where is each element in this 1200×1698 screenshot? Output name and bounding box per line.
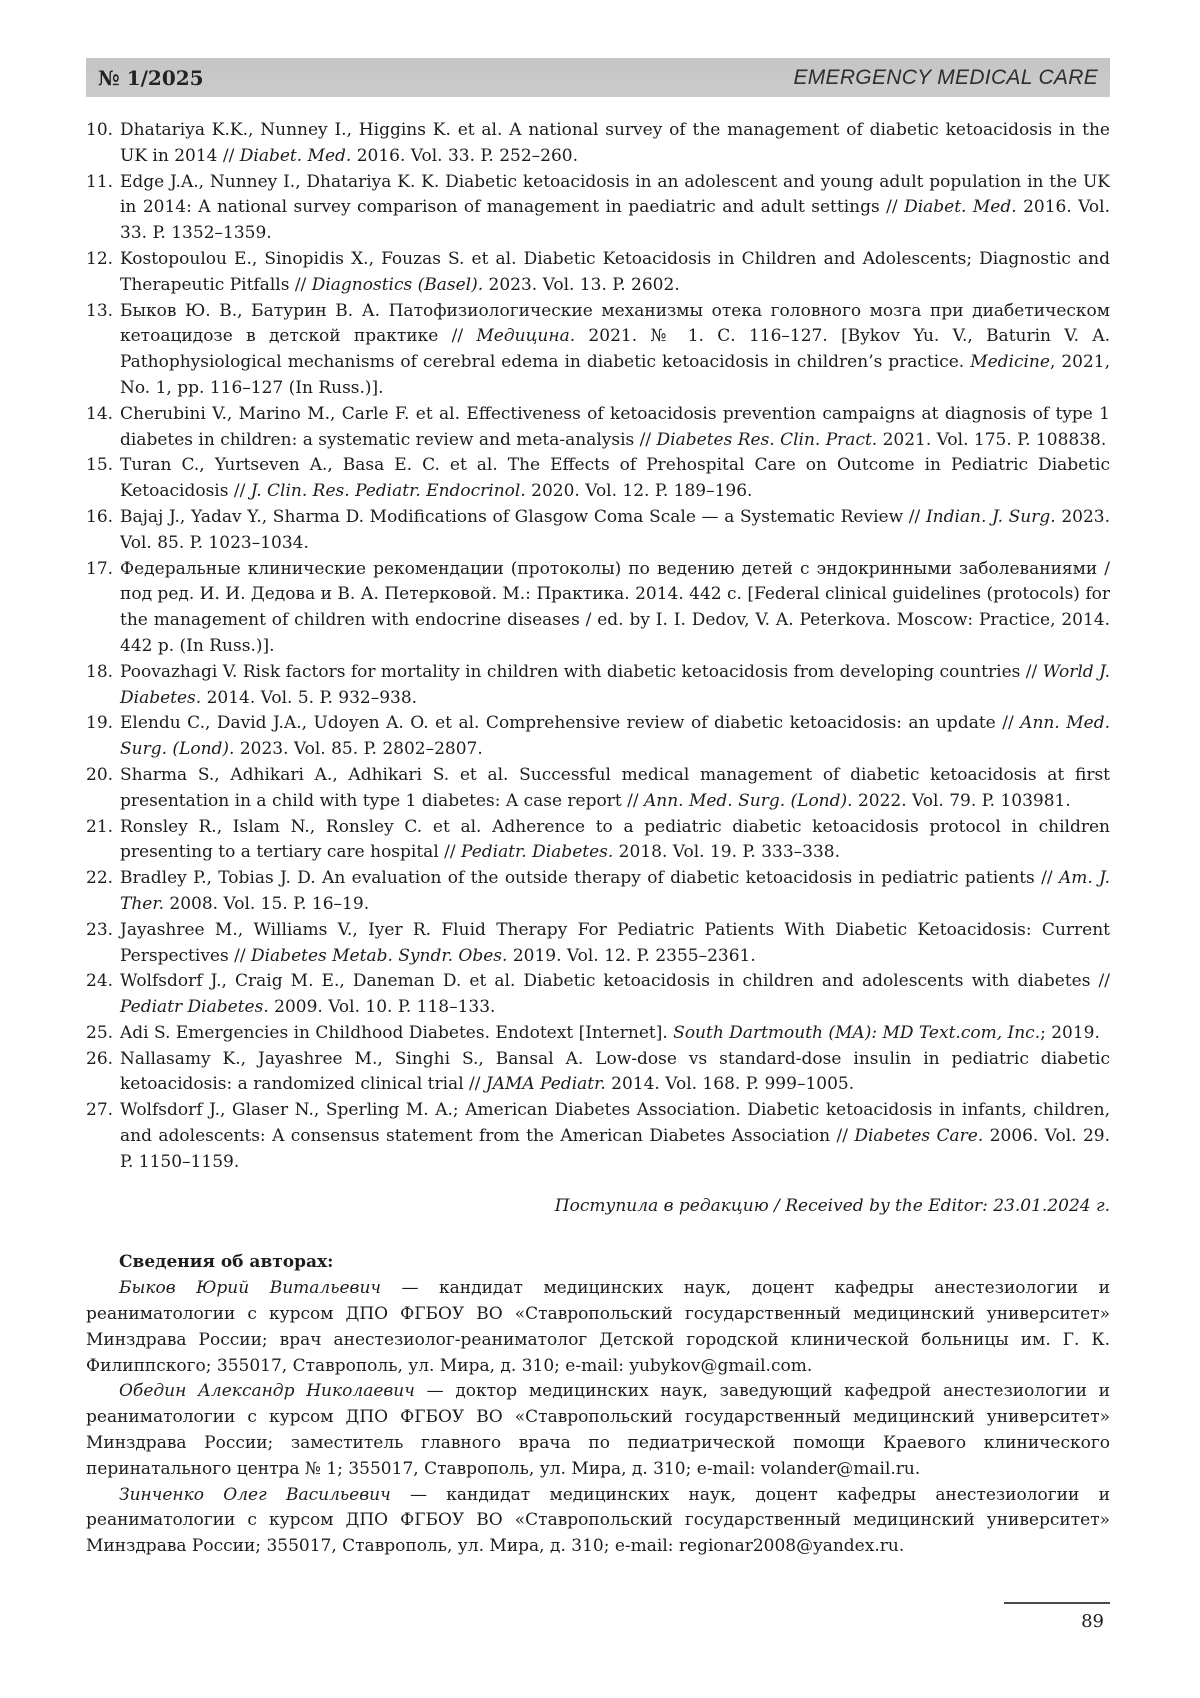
- footer-rule: [1004, 1602, 1110, 1604]
- journal-page: № 1/2025 EMERGENCY MEDICAL CARE 10.Dhata…: [0, 0, 1200, 1698]
- page-header-bar: № 1/2025 EMERGENCY MEDICAL CARE: [86, 58, 1110, 97]
- reference-number: 25.: [86, 1021, 120, 1047]
- author-entry: Обедин Александр Николаевич — доктор мед…: [86, 1379, 1110, 1482]
- reference-number: 23.: [86, 918, 120, 944]
- reference-number: 26.: [86, 1047, 120, 1073]
- reference-item: 27.Wolfsdorf J., Glaser N., Sperling M. …: [86, 1098, 1110, 1175]
- reference-item: 21.Ronsley R., Islam N., Ronsley C. et a…: [86, 815, 1110, 867]
- issue-number: № 1/2025: [98, 66, 204, 90]
- authors-heading: Сведения об авторах:: [86, 1250, 1110, 1276]
- reference-item: 26.Nallasamy K., Jayashree M., Singhi S.…: [86, 1047, 1110, 1099]
- reference-number: 21.: [86, 815, 120, 841]
- journal-title: EMERGENCY MEDICAL CARE: [793, 66, 1098, 90]
- reference-number: 13.: [86, 299, 120, 325]
- reference-item: 19.Elendu C., David J.A., Udoyen A. O. e…: [86, 711, 1110, 763]
- reference-number: 24.: [86, 969, 120, 995]
- reference-item: 15.Turan C., Yurtseven A., Basa E. C. et…: [86, 453, 1110, 505]
- page-number: 89: [1004, 1611, 1110, 1632]
- reference-number: 18.: [86, 660, 120, 686]
- reference-item: 25.Adi S. Emergencies in Childhood Diabe…: [86, 1021, 1110, 1047]
- reference-number: 22.: [86, 866, 120, 892]
- reference-item: 11.Edge J.A., Nunney I., Dhatariya K. K.…: [86, 170, 1110, 247]
- reference-number: 17.: [86, 557, 120, 583]
- page-footer: 89: [1004, 1602, 1110, 1632]
- reference-number: 12.: [86, 247, 120, 273]
- reference-item: 24.Wolfsdorf J., Craig M. E., Daneman D.…: [86, 969, 1110, 1021]
- reference-item: 13.Быков Ю. В., Батурин В. А. Патофизиол…: [86, 299, 1110, 402]
- authors-section: Сведения об авторах: Быков Юрий Витальев…: [86, 1250, 1110, 1560]
- reference-item: 14.Cherubini V., Marino M., Carle F. et …: [86, 402, 1110, 454]
- reference-item: 10.Dhatariya K.K., Nunney I., Higgins K.…: [86, 118, 1110, 170]
- reference-number: 20.: [86, 763, 120, 789]
- reference-item: 17.Федеральные клинические рекомендации …: [86, 557, 1110, 660]
- author-entry: Быков Юрий Витальевич — кандидат медицин…: [86, 1276, 1110, 1379]
- author-entry: Зинченко Олег Васильевич — кандидат меди…: [86, 1483, 1110, 1560]
- reference-number: 27.: [86, 1098, 120, 1124]
- reference-number: 19.: [86, 711, 120, 737]
- received-date-line: Поступила в редакцию / Received by the E…: [86, 1194, 1110, 1220]
- reference-item: 16.Bajaj J., Yadav Y., Sharma D. Modific…: [86, 505, 1110, 557]
- reference-item: 23.Jayashree M., Williams V., Iyer R. Fl…: [86, 918, 1110, 970]
- reference-number: 15.: [86, 453, 120, 479]
- reference-item: 12.Kostopoulou E., Sinopidis X., Fouzas …: [86, 247, 1110, 299]
- reference-item: 18.Poovazhagi V. Risk factors for mortal…: [86, 660, 1110, 712]
- reference-number: 10.: [86, 118, 120, 144]
- author-entries: Быков Юрий Витальевич — кандидат медицин…: [86, 1276, 1110, 1560]
- reference-number: 16.: [86, 505, 120, 531]
- reference-item: 22.Bradley P., Tobias J. D. An evaluatio…: [86, 866, 1110, 918]
- reference-list: 10.Dhatariya K.K., Nunney I., Higgins K.…: [86, 118, 1110, 1176]
- reference-number: 11.: [86, 170, 120, 196]
- reference-item: 20.Sharma S., Adhikari A., Adhikari S. e…: [86, 763, 1110, 815]
- reference-number: 14.: [86, 402, 120, 428]
